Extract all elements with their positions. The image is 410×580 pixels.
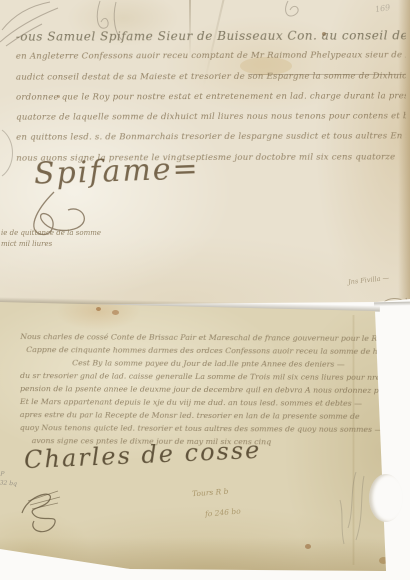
marginal-note-line: mict mil liures [1,239,101,250]
photo-of-manuscripts: 169 -ous Samuel Spifame Sieur de Buissea… [0,0,410,580]
manuscript-line: en Angleterre Confessons auoir receu com… [16,46,406,68]
place-annotation: Tours R b [192,487,229,499]
manuscript-line: -ous Samuel Spifame Sieur de Buisseaux C… [16,25,406,47]
manuscript-line: audict conseil destat de sa Maieste et t… [16,66,406,88]
paraph-flourish [14,485,66,539]
ink-spot [305,544,311,549]
bottom-document: Nous charles de cossé Conte de Brissac P… [0,295,410,580]
bottom-document-parchment: Nous charles de cossé Conte de Brissac P… [0,295,410,580]
parchment-notch-cutout [369,474,403,522]
parchment-stain [379,557,388,564]
manuscript-line: quatorze de laquelle somme de dixhuict m… [16,107,406,129]
top-document-parchment: 169 -ous Samuel Spifame Sieur de Buissea… [0,0,410,308]
marginal-note-line: ie de quittance de la somme [1,228,101,239]
folio-annotation: fo 246 bo [205,506,241,518]
marginal-note: ie de quittance de la somme mict mil liu… [1,228,101,250]
pen-trial-flourish [278,0,314,26]
pencil-archive-note: P 32 bq [0,469,18,488]
top-document-text-block: -ous Samuel Spifame Sieur de Buisseaux C… [16,25,406,168]
manuscript-line: ordonnee que le Roy pour nostre estat et… [16,86,406,108]
pencil-folio-number: 169 [374,3,391,14]
pencil-note-line: 32 bq [0,478,17,488]
spifame-signature: Spifame= [33,151,200,192]
corner-annotation: Jns Fivilla — [348,274,390,286]
pencil-scribbles [326,470,376,548]
ink-spot [96,307,101,311]
bottom-document-text-block: Nous charles de cossé Conte de Brissac P… [20,330,393,449]
manuscript-line: en quittons lesd. s. de Bonmarchais tres… [16,127,406,149]
ink-spot [112,310,119,315]
